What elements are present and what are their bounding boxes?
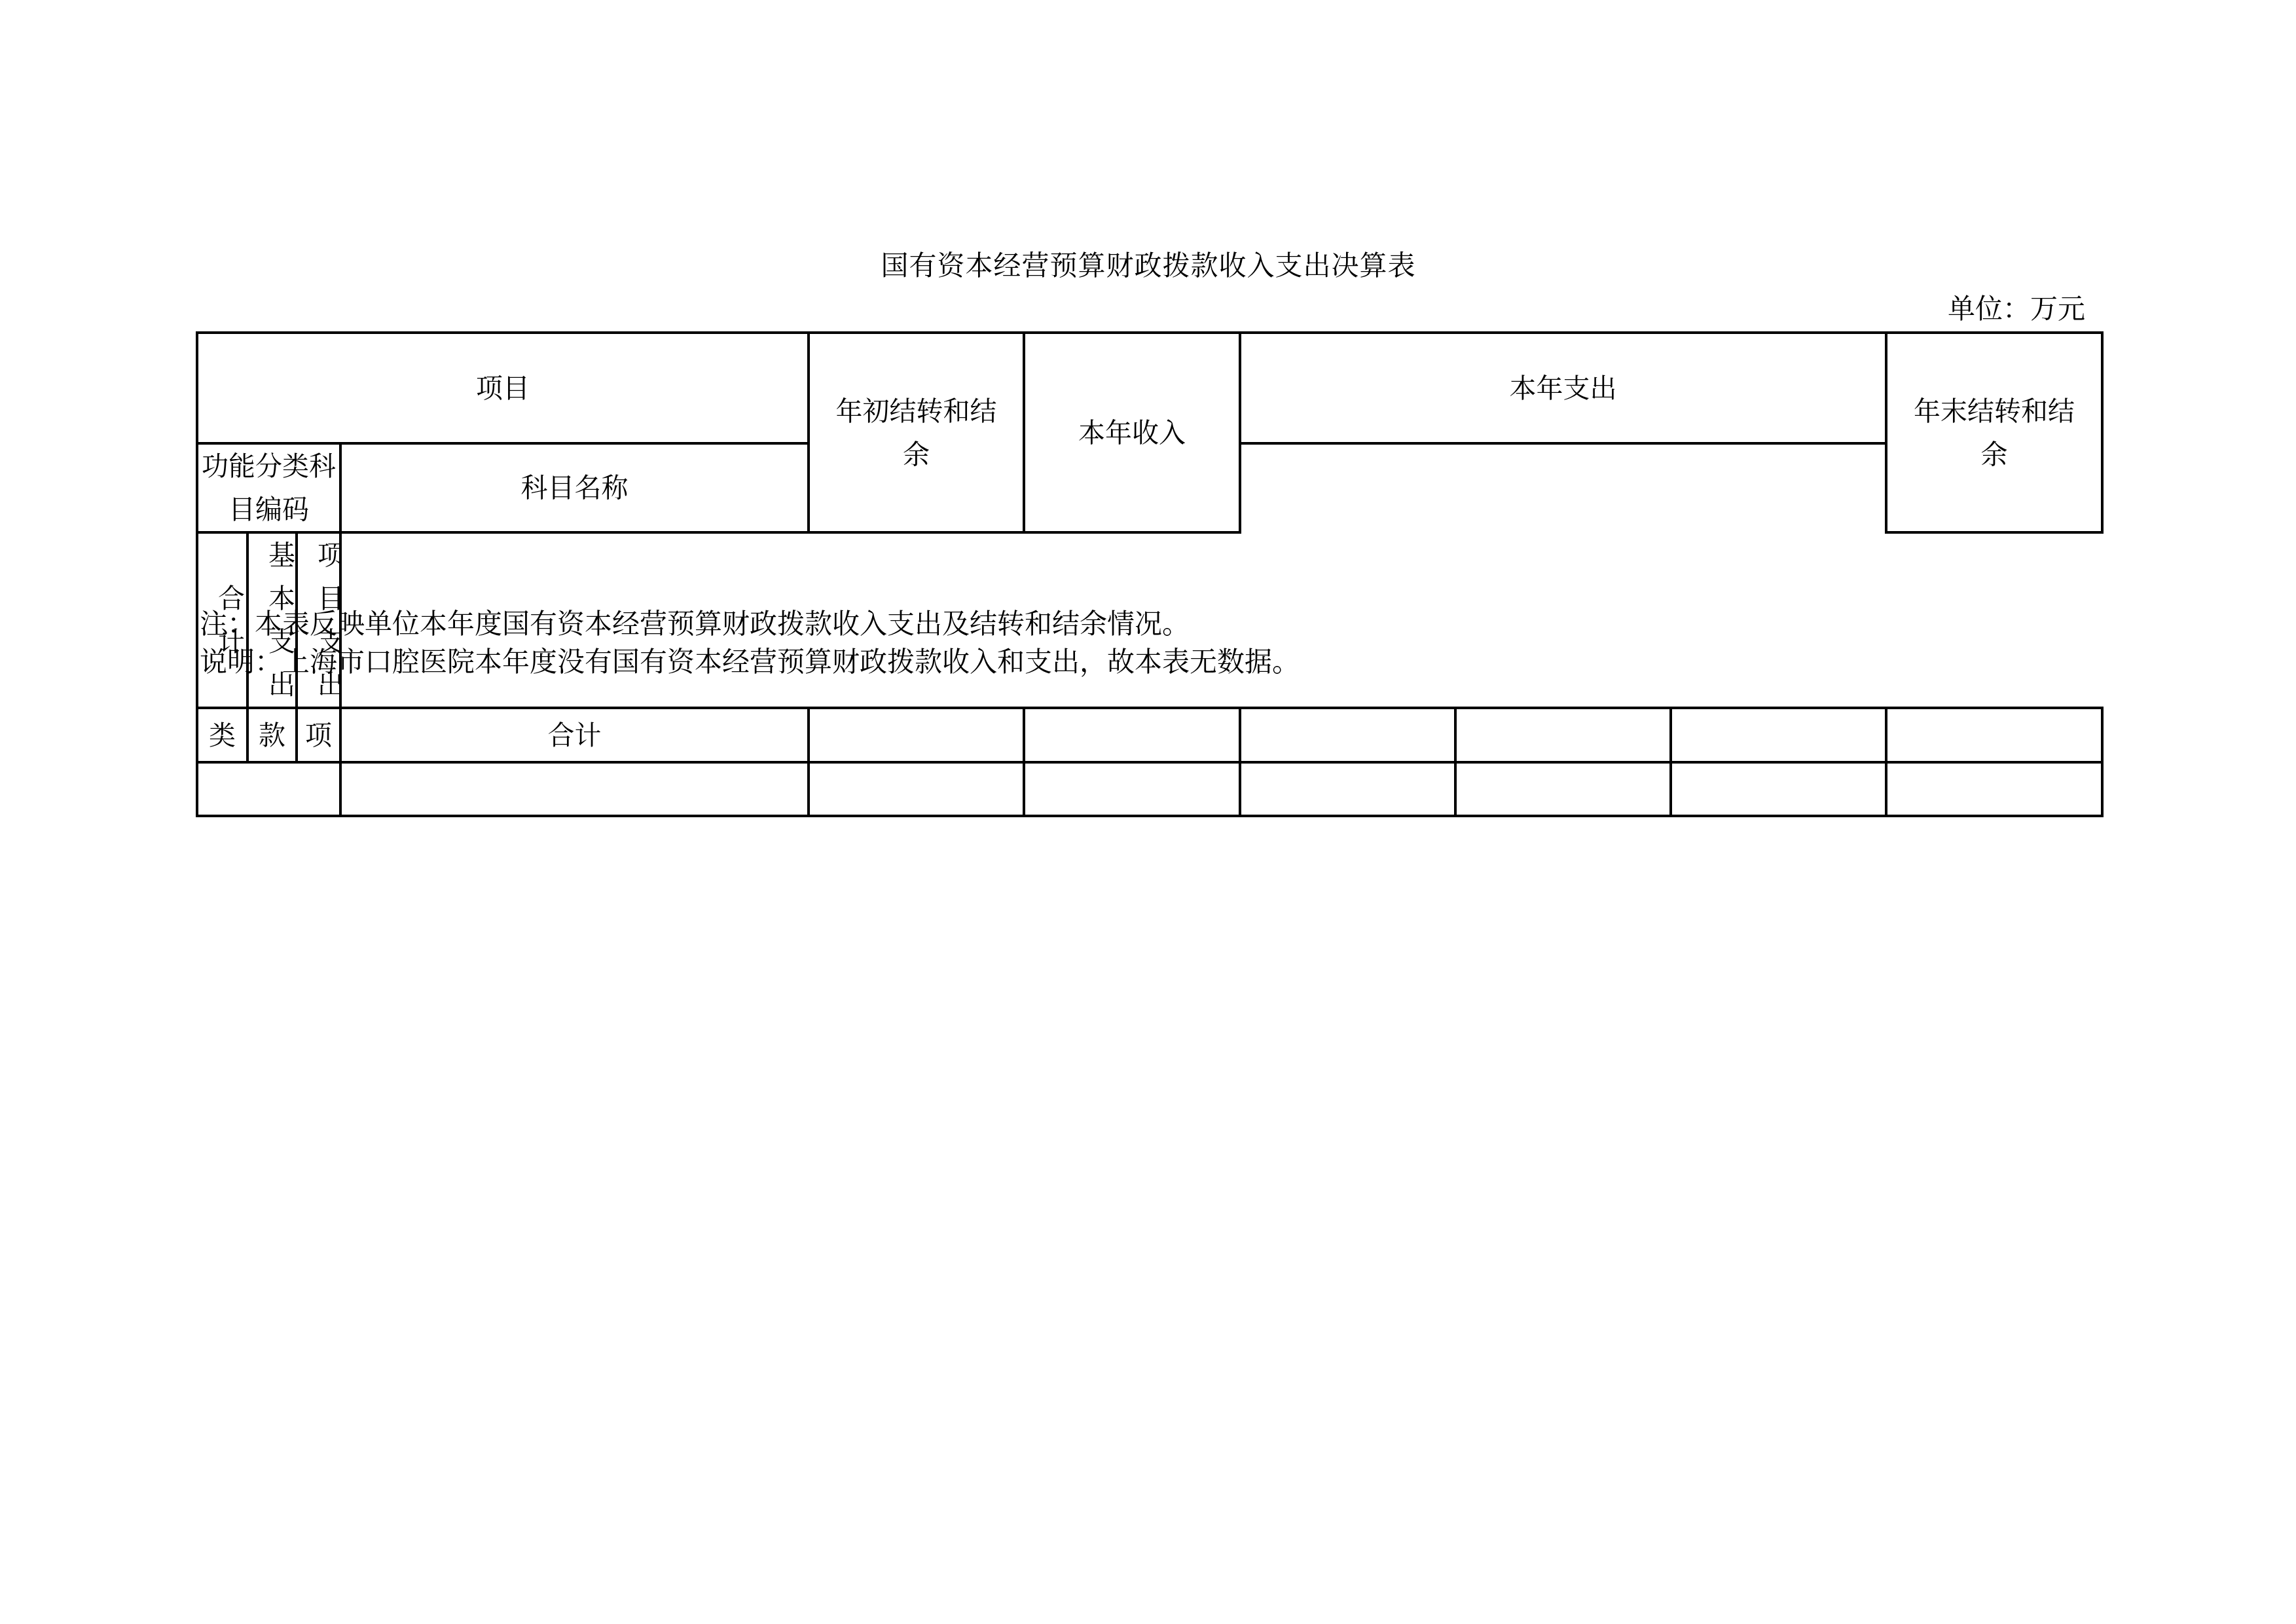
explanation-text: 说明：上海市口腔医院本年度没有国有资本经营预算财政拨款收入和支出，故本表无数据。 [200, 643, 1300, 681]
header-row-1: 项目 年初结转和结余 本年收入 本年支出 年末结转和结余 [197, 333, 2102, 443]
header-current-income: 本年收入 [1024, 333, 1240, 532]
header-subject-name: 科目名称 [340, 443, 809, 532]
total-project-expense [1671, 708, 1886, 762]
header-current-expense: 本年支出 [1240, 333, 1886, 443]
total-closing-balance [1886, 708, 2102, 762]
row-project-expense [1671, 762, 1886, 816]
total-basic-expense [1455, 708, 1671, 762]
header-code-class: 类 [197, 708, 247, 762]
row-expense-total [1240, 762, 1455, 816]
report-title: 国有资本经营预算财政拨款收入支出决算表 [196, 249, 2101, 283]
row-current-income [1024, 762, 1240, 816]
row-code [197, 762, 340, 816]
header-code-section: 款 [247, 708, 297, 762]
budget-table: 项目 年初结转和结余 本年收入 本年支出 年末结转和结余 功能分类科目编码 科目… [196, 331, 2104, 817]
row-opening-balance [809, 762, 1024, 816]
total-label: 合计 [340, 708, 809, 762]
row-subject-name [340, 762, 809, 816]
total-expense-total [1240, 708, 1455, 762]
total-row: 类 款 项 合计 [197, 708, 2102, 762]
total-opening-balance [809, 708, 1024, 762]
header-closing-balance: 年末结转和结余 [1886, 333, 2102, 532]
note-text: 注：本表反映单位本年度国有资本经营预算财政拨款收入支出及结转和结余情况。 [200, 605, 1300, 643]
header-function-code: 功能分类科目编码 [197, 443, 340, 532]
notes: 注：本表反映单位本年度国有资本经营预算财政拨款收入支出及结转和结余情况。 说明：… [200, 605, 1300, 681]
header-item: 项目 [197, 333, 809, 443]
unit-label: 单位：万元 [1948, 292, 2085, 326]
row-closing-balance [1886, 762, 2102, 816]
row-basic-expense [1455, 762, 1671, 816]
total-current-income [1024, 708, 1240, 762]
header-code-item: 项 [297, 708, 340, 762]
table-row [197, 762, 2102, 816]
header-opening-balance: 年初结转和结余 [809, 333, 1024, 532]
